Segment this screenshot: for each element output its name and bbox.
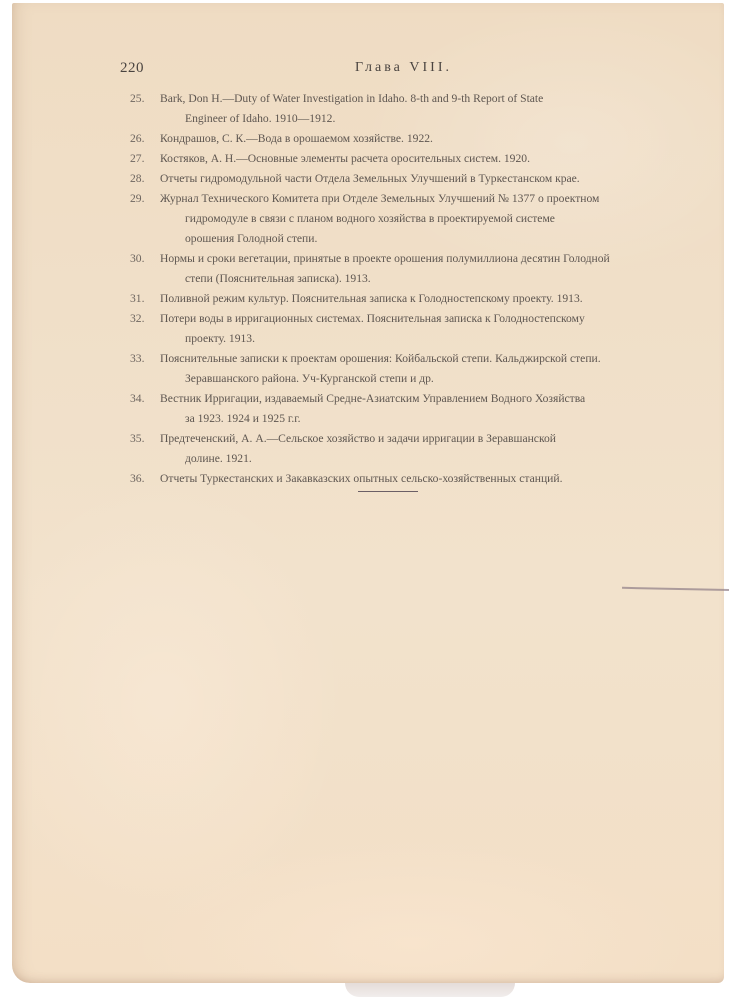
page-number: 220 bbox=[120, 60, 144, 77]
entry-line: долине. 1921. bbox=[160, 449, 652, 469]
entry-line: проекту. 1913. bbox=[160, 329, 652, 349]
bibliography-entry-29: 29. Журнал Технического Комитета при Отд… bbox=[130, 189, 652, 249]
entry-line: Зеравшанского района. Уч-Курганской степ… bbox=[160, 369, 652, 389]
entry-line: Engineer of Idaho. 1910—1912. bbox=[160, 109, 652, 129]
entry-line: Поливной режим культур. Пояснительная за… bbox=[160, 289, 652, 309]
chapter-title: Глава VIII. bbox=[355, 60, 452, 76]
bibliography-entry-30: 30. Нормы и сроки вегетации, принятые в … bbox=[130, 249, 652, 289]
entry-line: Предтеченский, А. А.—Сельское хозяйство … bbox=[160, 429, 652, 449]
bibliography-entry-34: 34. Вестник Ирригации, издаваемый Средне… bbox=[130, 389, 652, 429]
bibliography-entry-33: 33. Пояснительные записки к проектам оро… bbox=[130, 349, 652, 389]
entry-number: 29. bbox=[130, 189, 145, 209]
entry-line: орошения Голодной степи. bbox=[160, 229, 652, 249]
bibliography-entry-25: 25. Bark, Don H.—Duty of Water Investiga… bbox=[130, 89, 652, 129]
bibliography-entry-32: 32. Потери воды в ирригационных системах… bbox=[130, 309, 652, 349]
bibliography-entry-36: 36. Отчеты Туркестанских и Закавказских … bbox=[130, 469, 652, 489]
entry-number: 30. bbox=[130, 249, 145, 269]
entry-line: Потери воды в ирригационных системах. По… bbox=[160, 309, 652, 329]
entry-number: 34. bbox=[130, 389, 145, 409]
entry-line: Отчеты Туркестанских и Закавказских опыт… bbox=[160, 469, 652, 489]
bibliography-entry-27: 27. Костяков, А. Н.—Основные элементы ра… bbox=[130, 149, 652, 169]
bibliography-entry-26: 26. Кондрашов, С. К.—Вода в орошаемом хо… bbox=[130, 129, 652, 149]
page-curl bbox=[345, 983, 515, 997]
bibliography-entry-31: 31. Поливной режим культур. Пояснительна… bbox=[130, 289, 652, 309]
section-divider bbox=[358, 491, 418, 492]
entry-line: Отчеты гидромодульной части Отдела Земел… bbox=[160, 169, 652, 189]
entry-line: Нормы и сроки вегетации, принятые в прое… bbox=[160, 249, 652, 269]
entry-number: 28. bbox=[130, 169, 145, 189]
entry-number: 35. bbox=[130, 429, 145, 449]
bibliography-list: 25. Bark, Don H.—Duty of Water Investiga… bbox=[130, 89, 652, 489]
entry-number: 25. bbox=[130, 89, 145, 109]
entry-number: 32. bbox=[130, 309, 145, 329]
bibliography-entry-28: 28. Отчеты гидромодульной части Отдела З… bbox=[130, 169, 652, 189]
entry-number: 31. bbox=[130, 289, 145, 309]
entry-line: Вестник Ирригации, издаваемый Средне-Ази… bbox=[160, 389, 652, 409]
paper-crease bbox=[622, 587, 729, 591]
running-head: 220 Глава VIII. bbox=[120, 60, 680, 80]
entry-number: 26. bbox=[130, 129, 145, 149]
entry-number: 33. bbox=[130, 349, 145, 369]
entry-line: Пояснительные записки к проектам орошени… bbox=[160, 349, 652, 369]
entry-line: Журнал Технического Комитета при Отделе … bbox=[160, 189, 652, 209]
entry-line: Bark, Don H.—Duty of Water Investigation… bbox=[160, 89, 652, 109]
entry-number: 27. bbox=[130, 149, 145, 169]
entry-line: гидромодуле в связи с планом водного хоз… bbox=[160, 209, 652, 229]
entry-line: за 1923. 1924 и 1925 г.г. bbox=[160, 409, 652, 429]
entry-line: степи (Пояснительная записка). 1913. bbox=[160, 269, 652, 289]
bibliography-entry-35: 35. Предтеченский, А. А.—Сельское хозяйс… bbox=[130, 429, 652, 469]
entry-line: Костяков, А. Н.—Основные элементы расчет… bbox=[160, 149, 652, 169]
scanned-page: 220 Глава VIII. 25. Bark, Don H.—Duty of… bbox=[12, 3, 724, 983]
entry-line: Кондрашов, С. К.—Вода в орошаемом хозяйс… bbox=[160, 129, 652, 149]
entry-number: 36. bbox=[130, 469, 145, 489]
